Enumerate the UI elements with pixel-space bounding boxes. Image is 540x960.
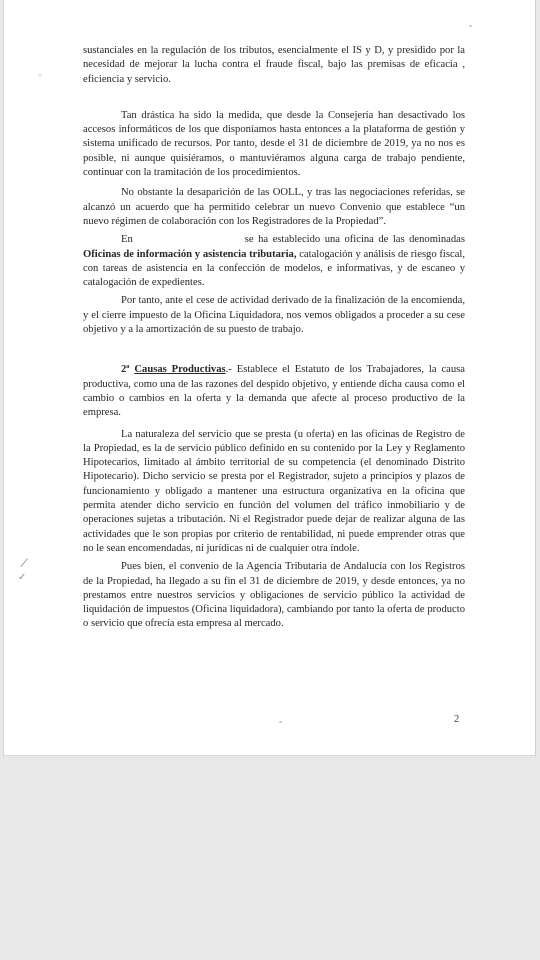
document-page: sustanciales en la regulación de los tri…: [3, 0, 536, 756]
paragraph-section-causas-productivas: 2ª Causas Productivas.- Establece el Est…: [83, 363, 465, 420]
paragraph-text: se ha establecido una oficina de las den…: [245, 234, 465, 245]
scan-speck: [469, 25, 472, 27]
paragraph: No obstante la desaparición de las OOLL,…: [83, 186, 465, 229]
pencil-slash-mark: ⁄: [22, 556, 26, 570]
paragraph: Pues bien, el convenio de la Agencia Tri…: [83, 560, 465, 631]
scan-speck: [38, 74, 42, 77]
paragraph-lead: En: [121, 234, 133, 245]
screen: sustanciales en la regulación de los tri…: [0, 0, 540, 960]
paragraph: La naturaleza del servicio que se presta…: [83, 428, 465, 557]
redacted-blank-space: [133, 241, 245, 242]
bold-office-name: Oficinas de información y asistencia tri…: [83, 249, 296, 260]
section-heading: Causas Productivas: [134, 364, 225, 375]
paragraph-with-blank: Ense ha establecido una oficina de las d…: [83, 233, 465, 290]
paragraph: Por tanto, ante el cese de actividad der…: [83, 294, 465, 337]
page-number: 2: [454, 714, 459, 725]
paragraph-continuation: sustanciales en la regulación de los tri…: [83, 44, 465, 87]
scan-speck: [279, 721, 282, 723]
document-text-block: sustanciales en la regulación de los tri…: [83, 44, 465, 632]
paragraph: Tan drástica ha sido la medida, que desd…: [83, 109, 465, 180]
section-number: 2ª: [121, 364, 134, 375]
pencil-check-mark: ✓: [18, 572, 26, 583]
